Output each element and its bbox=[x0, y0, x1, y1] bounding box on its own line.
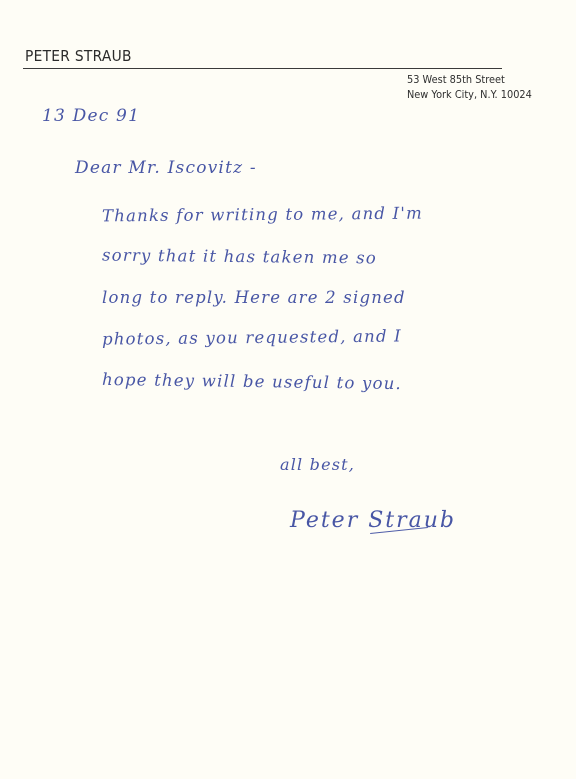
letter-date: 13 Dec 91 bbox=[42, 106, 140, 126]
body-line: long to reply. Here are 2 signed bbox=[102, 288, 406, 307]
salutation: Dear Mr. Iscovitz - bbox=[75, 158, 257, 178]
letterhead-divider bbox=[23, 68, 502, 69]
closing: all best, bbox=[280, 455, 355, 474]
body-line: Thanks for writing to me, and I'm bbox=[102, 204, 423, 226]
body-line: sorry that it has taken me so bbox=[102, 246, 377, 268]
letterhead-address: 53 West 85th Street New York City, N.Y. … bbox=[407, 73, 532, 103]
signature: Peter Straub bbox=[290, 508, 456, 533]
body-line: hope they will be useful to you. bbox=[102, 370, 402, 393]
address-line-1: 53 West 85th Street bbox=[407, 73, 532, 88]
address-line-2: New York City, N.Y. 10024 bbox=[407, 88, 532, 103]
letter-page: PETER STRAUB 53 West 85th Street New Yor… bbox=[0, 0, 576, 779]
letterhead-name: PETER STRAUB bbox=[25, 47, 132, 65]
body-line: photos, as you requested, and I bbox=[102, 326, 402, 348]
